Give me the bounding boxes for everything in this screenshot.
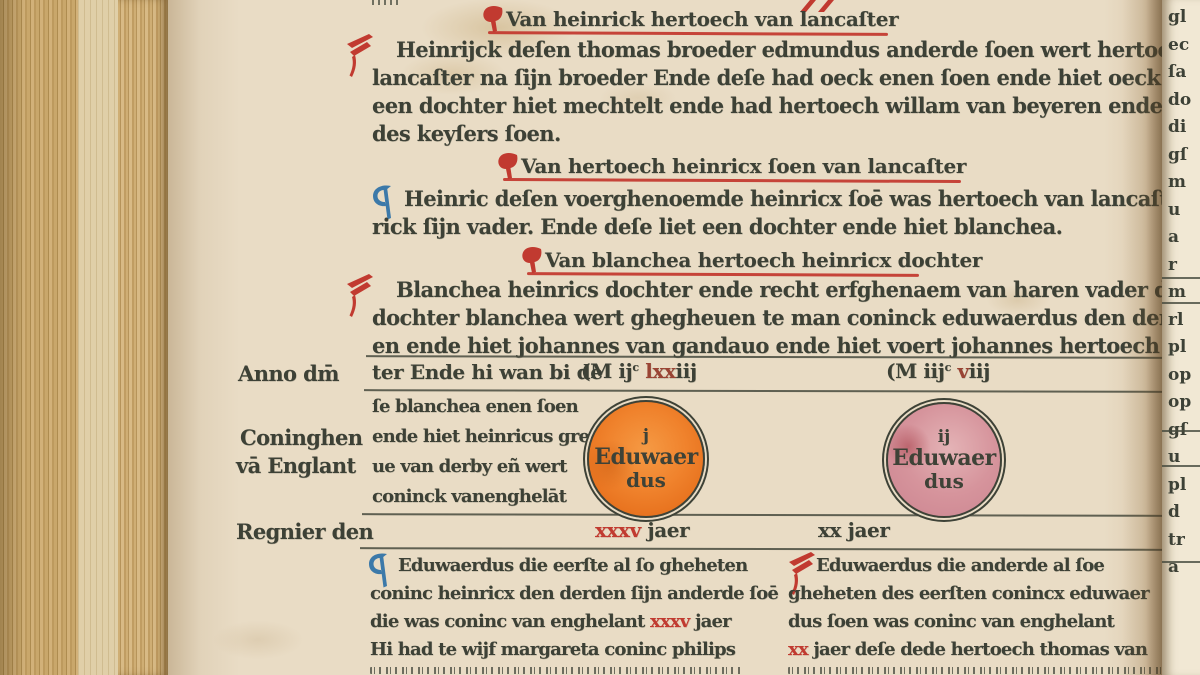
chapter-heading-1: Van heinrick hertoech van lancaſter [506,7,898,31]
manuscript-page: Van heinrick hertoech van lancaſter Hein… [168,0,1162,675]
table-rule [1162,465,1200,467]
fore-edge-inner-band [118,0,168,675]
fore-edge-gap [78,0,118,675]
reign-length-2: xx jaer [818,518,889,542]
paraph-icon [482,5,504,33]
column-line: Hi had te wijf margareta coninc philips [370,639,735,660]
book-photo: Van heinrick hertoech van lancaſter Hein… [0,0,1200,675]
cut-glyphs-bottom [370,667,742,674]
cut-glyphs-top [372,0,402,5]
table-rule [1162,302,1200,304]
side-note-line: ende hiet heinricus gre [372,426,589,447]
table-rule [362,513,1162,517]
king-medallion-eduwardus-1: j Eduwaer dus [587,400,705,518]
paragraph-line: Blanchea heinrics dochter ende recht erf… [396,277,1162,302]
page-edge-shadow [1122,0,1162,675]
column-line: coninc heinricx den derden ſijn anderde … [370,583,778,604]
year-value-1: (M ijc lxxiij [581,359,697,383]
margin-label-kings-line1: Coninghen [240,425,362,450]
medallion-name: Eduwaer [892,446,995,470]
paragraph-line: en ende hiet johannes van gandauo ende h… [372,333,1162,358]
column-line: die was coninc van enghelant xxxv jaer [370,611,731,632]
table-lead-in: ter Ende hi wan bi de [372,360,603,384]
medallion-numeral: ij [938,428,951,446]
column-line: Eduwaerdus die anderde al ſoe [816,555,1104,576]
chapter-heading-2: Van hertoech heinricx ſoen van lancaſter [521,154,966,178]
margin-label-anno-domini: Anno dm̄ [238,361,339,386]
heading-underline [488,31,888,36]
column-line: Eduwaerdus die eerſte al ſo gheheten [398,555,747,576]
column-line: xx jaer deſe dede hertoech thomas van [788,639,1147,660]
medallion-name: Eduwaer [594,445,697,469]
paraph-icon [521,246,543,274]
table-rule [1162,277,1200,279]
rubric-flag-icon [344,34,374,78]
paragraph-line: rick ſijn vader. Ende deſe liet een doch… [372,214,1062,239]
year-value-2: (M iijc viij [886,359,990,383]
medallion-name: dus [626,469,666,491]
paragraph-line: Heinrijck deſen thomas broeder edmundus … [396,37,1162,62]
cut-glyphs-bottom [788,667,1162,674]
reign-length-1: xxxv jaer [595,518,689,542]
column-line: gheheten des eerſten conincx eduwaer [788,583,1149,604]
paragraph-line: lancaſter na ſijn broeder Ende deſe had … [372,65,1162,90]
chapter-heading-3: Van blanchea hertoech heinricx dochter [545,248,982,272]
heading-underline [503,178,961,183]
margin-label-reign: Regnier den [236,519,373,544]
table-rule [360,547,1162,551]
king-medallion-eduwardus-2: ij Eduwaer dus [886,402,1002,518]
medallion-numeral: j [643,427,649,445]
fore-edge-outer-band [0,0,78,675]
paragraph-line: een dochter hiet mechtelt ende had herto… [372,93,1162,118]
next-page-text-fragments: glecſadodigſmuarmrlplopopgſupldtra [1168,4,1198,582]
paragraph-line: dochter blanchea wert ghegheuen te man c… [372,305,1162,330]
next-page-edge: glecſadodigſmuarmrlplopopgſupldtra [1162,0,1200,675]
margin-label-kings-line2: vā Englant [236,453,356,478]
medallion-name: dus [924,470,964,492]
table-rule [1162,561,1200,563]
column-line: dus ſoen was coninc van enghelant [788,611,1114,632]
paragraph-line: Heinric deſen voerghenoemde heinricx ſoē… [404,186,1162,211]
table-rule [364,389,1162,393]
paraph-icon [497,152,519,180]
table-rule [366,355,1162,359]
rubric-flag-icon [344,274,374,318]
paragraph-line: des keyſers ſoen. [372,121,561,146]
side-note-line: coninck vanenghelāt [372,486,566,507]
table-rule [1162,430,1200,432]
side-note-line: ſe blanchea enen ſoen [372,396,578,417]
side-note-line: ue van derby eñ wert [372,456,567,477]
